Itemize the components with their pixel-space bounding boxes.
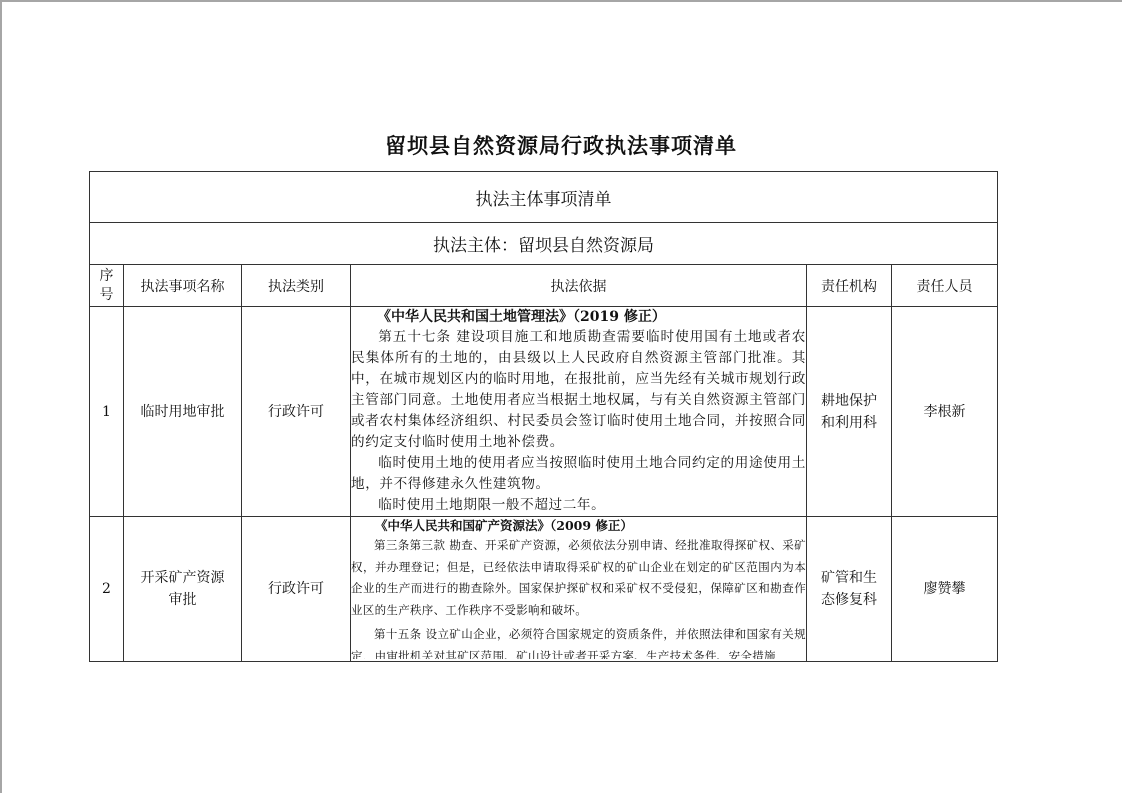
law-paragraph: 临时使用土地期限一般不超过二年。	[351, 495, 806, 516]
page-edge-top	[0, 0, 1122, 2]
header-seq: 序 号	[90, 265, 124, 307]
law-paragraph: 临时使用土地的使用者应当按照临时使用土地合同约定的用途使用土地，并不得修建永久性…	[351, 453, 806, 495]
header-basis: 执法依据	[351, 265, 807, 307]
table-subtitle: 执法主体事项清单	[90, 172, 998, 223]
page-edge-left	[0, 0, 2, 793]
law-title: 《中华人民共和国土地管理法》（2019 修正）	[351, 307, 806, 327]
table-row: 1 临时用地审批 行政许可 《中华人民共和国土地管理法》（2019 修正） 第五…	[90, 307, 998, 517]
law-title: 《中华人民共和国矿产资源法》（2009 修正）	[351, 517, 806, 535]
row-item-name: 临时用地审批	[124, 307, 242, 517]
header-seq-line1: 序	[90, 267, 123, 286]
header-person: 责任人员	[892, 265, 998, 307]
table-row: 2 开采矿产资源审批 行政许可 《中华人民共和国矿产资源法》（2009 修正） …	[90, 517, 998, 662]
row-category: 行政许可	[242, 517, 351, 662]
row-basis: 《中华人民共和国矿产资源法》（2009 修正） 第三条第三款 勘查、开采矿产资源…	[351, 517, 807, 662]
header-category: 执法类别	[242, 265, 351, 307]
enforcement-items-table: 执法主体事项清单 执法主体：留坝县自然资源局 序 号 执法事项名称 执法类别 执…	[89, 171, 998, 662]
header-seq-line2: 号	[90, 286, 123, 305]
row-item-name: 开采矿产资源审批	[124, 517, 242, 662]
row-category: 行政许可	[242, 307, 351, 517]
enforcement-subject: 执法主体：留坝县自然资源局	[90, 223, 998, 265]
document-title: 留坝县自然资源局行政执法事项清单	[0, 130, 1122, 160]
row-seq: 1	[90, 307, 124, 517]
table-header-row: 序 号 执法事项名称 执法类别 执法依据 责任机构 责任人员	[90, 265, 998, 307]
law-paragraph: 第十五条 设立矿山企业，必须符合国家规定的资质条件，并依照法律和国家有关规定，由…	[351, 624, 806, 659]
row-person: 廖赞攀	[892, 517, 998, 662]
row-basis: 《中华人民共和国土地管理法》（2019 修正） 第五十七条 建设项目施工和地质勘…	[351, 307, 807, 517]
law-paragraph: 第五十七条 建设项目施工和地质勘查需要临时使用国有土地或者农民集体所有的土地的，…	[351, 327, 806, 453]
law-paragraph: 第三条第三款 勘查、开采矿产资源，必须依法分别申请、经批准取得探矿权、采矿权，并…	[351, 535, 806, 621]
row-seq: 2	[90, 517, 124, 662]
header-item-name: 执法事项名称	[124, 265, 242, 307]
row-department: 耕地保护和利用科	[807, 307, 892, 517]
row-person: 李根新	[892, 307, 998, 517]
header-department: 责任机构	[807, 265, 892, 307]
row-department: 矿管和生态修复科	[807, 517, 892, 662]
